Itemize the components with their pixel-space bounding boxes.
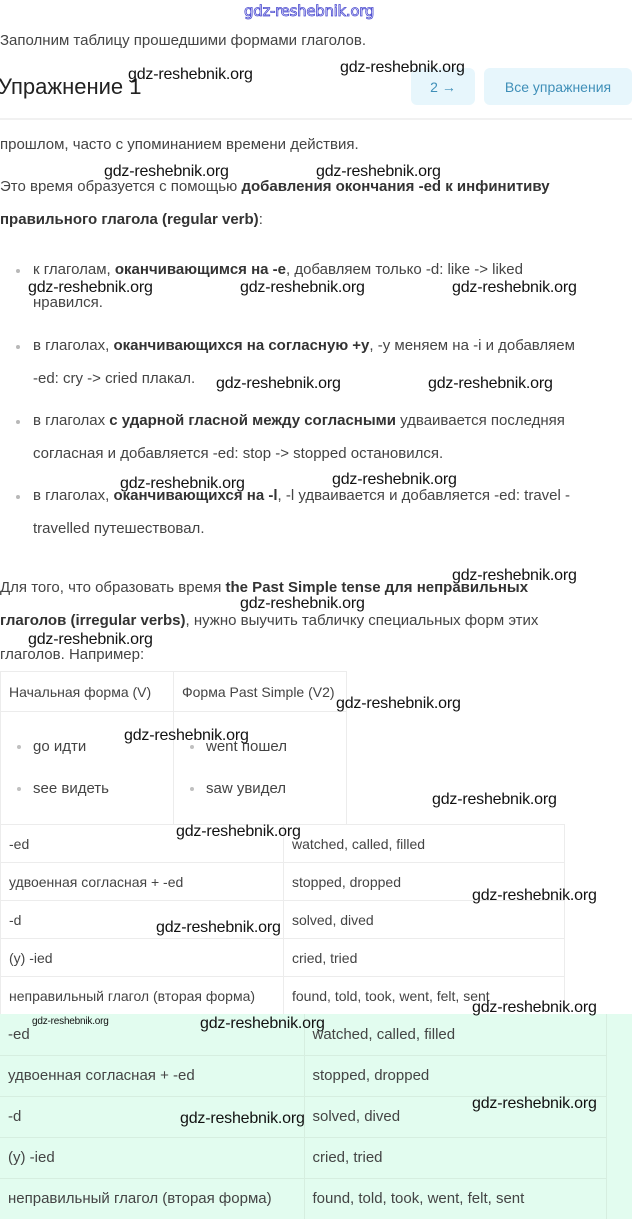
table-cell: (y) -ied xyxy=(1,939,284,977)
p4-bold: the Past Simple tense для неправильных xyxy=(226,579,529,596)
table-cell: неправильный глагол (вторая форма) xyxy=(0,1178,304,1219)
watermark: gdz-reshebnik.org xyxy=(216,375,341,393)
table-row: -edwatched, called, filled xyxy=(0,1014,607,1055)
table-cell: went пошел saw увидел xyxy=(174,712,347,825)
table-cell: watched, called, filled xyxy=(304,1014,607,1055)
paragraph-6: глаголов. Например: xyxy=(0,646,144,663)
table-header-cell: Начальная форма (V) xyxy=(1,672,174,712)
watermark: gdz-reshebnik.org xyxy=(432,791,557,809)
list-item: went пошел xyxy=(174,726,346,768)
p2-plain: Это время образуется с помощью xyxy=(0,178,241,195)
paragraph-2: Это время образуется с помощью добавлени… xyxy=(0,178,550,195)
p3-tail: : xyxy=(259,211,263,228)
table-row: -edwatched, called, filled xyxy=(1,825,565,863)
table-row: неправильный глагол (вторая форма)found,… xyxy=(0,1178,607,1219)
table-row: (y) -iedcried, tried xyxy=(0,1137,607,1178)
paragraph-3: правильного глагола (regular verb): xyxy=(0,211,263,228)
paragraph-5: глаголов (irregular verbs), нужно выучит… xyxy=(0,612,538,629)
p5-bold: глаголов (irregular verbs) xyxy=(0,612,186,629)
rule-text: в глаголах xyxy=(33,412,109,429)
bullet-icon xyxy=(16,420,20,424)
rule-text: , -y меняем на -i и добавляем xyxy=(369,337,575,354)
table-cell: cried, tried xyxy=(284,939,565,977)
table-cell: удвоенная согласная + -ed xyxy=(1,863,284,901)
watermark: gdz-reshebnik.org xyxy=(240,279,365,297)
answer-table-highlighted: -edwatched, called, filled удвоенная сог… xyxy=(0,1014,607,1219)
rule-text: , добавляем только -d: like -> liked xyxy=(286,261,523,278)
table-cell: -ed xyxy=(1,825,284,863)
rule-text: , -l удваивается и добавляется -ed: trav… xyxy=(278,487,571,504)
table-cell: stopped, dropped xyxy=(284,863,565,901)
watermark: gdz-reshebnik.org xyxy=(452,279,577,297)
table-cell: go идти see видеть xyxy=(1,712,174,825)
table-header-cell: Форма Past Simple (V2) xyxy=(174,672,347,712)
table-cell: -d xyxy=(1,901,284,939)
p2-bold: добавления окончания -ed к инфинитиву xyxy=(241,178,549,195)
bullet-icon xyxy=(16,345,20,349)
table-cell: found, told, took, went, felt, sent xyxy=(284,977,565,1015)
table-row: -dsolved, dived xyxy=(1,901,565,939)
list-item: saw увидел xyxy=(174,768,346,810)
page-title: Упражнение 1 xyxy=(0,74,142,100)
rule-item-line2: travelled путешествовал. xyxy=(33,520,204,537)
rule-item-line2: согласная и добавляется -ed: stop -> sto… xyxy=(33,445,443,462)
rule-item-line2: -ed: cry -> cried плакал. xyxy=(33,370,195,387)
rule-item-line2: нравился. xyxy=(33,294,103,311)
watermark: gdz-reshebnik.org xyxy=(240,595,365,613)
table-cell: неправильный глагол (вторая форма) xyxy=(1,977,284,1015)
table-cell: solved, dived xyxy=(284,901,565,939)
paragraph-1: прошлом, часто с упоминанием времени дей… xyxy=(0,136,359,153)
rule-bold: оканчивающихся на -l xyxy=(113,487,277,504)
irregular-verbs-table: Начальная форма (V) Форма Past Simple (V… xyxy=(0,671,347,825)
rule-bold: оканчивающихся на согласную +y xyxy=(113,337,369,354)
paragraph-4: Для того, что образовать время the Past … xyxy=(0,579,528,596)
table-row: -dsolved, dived xyxy=(0,1096,607,1137)
rule-bold: с ударной гласной между согласными xyxy=(109,412,396,429)
rule-item: в глаголах с ударной гласной между согла… xyxy=(33,412,565,429)
table-cell: удвоенная согласная + -ed xyxy=(0,1055,304,1096)
table-cell: (y) -ied xyxy=(0,1137,304,1178)
rule-item: в глаголах, оканчивающихся на -l, -l удв… xyxy=(33,487,570,504)
list-item: see видеть xyxy=(1,768,173,810)
table-cell: watched, called, filled xyxy=(284,825,565,863)
table-row: (y) -iedcried, tried xyxy=(1,939,565,977)
watermark-top: gdz-reshebnik.org xyxy=(244,2,374,20)
table-cell: solved, dived xyxy=(304,1096,607,1137)
bullet-icon xyxy=(16,269,20,273)
header-divider xyxy=(0,118,632,120)
rule-item: к глаголам, оканчивающимся на -e, добавл… xyxy=(33,261,523,278)
table-cell: cried, tried xyxy=(304,1137,607,1178)
rule-text: в глаголах, xyxy=(33,337,113,354)
p4-plain: Для того, что образовать время xyxy=(0,579,226,596)
table-cell: -ed xyxy=(0,1014,304,1055)
answer-table: -edwatched, called, filled удвоенная сог… xyxy=(0,824,565,1015)
table-row: неправильный глагол (вторая форма)found,… xyxy=(1,977,565,1015)
next-exercise-button[interactable]: 2 → xyxy=(411,68,475,105)
table-cell: -d xyxy=(0,1096,304,1137)
table-cell: found, told, took, went, felt, sent xyxy=(304,1178,607,1219)
table-row: удвоенная согласная + -edstopped, droppe… xyxy=(0,1055,607,1096)
watermark: gdz-reshebnik.org xyxy=(428,375,553,393)
rule-text: в глаголах, xyxy=(33,487,113,504)
rule-bold: оканчивающимся на -e xyxy=(115,261,286,278)
rule-text: удваивается последняя xyxy=(396,412,565,429)
watermark: gdz-reshebnik.org xyxy=(336,695,461,713)
rule-item: в глаголах, оканчивающихся на согласную … xyxy=(33,337,575,354)
list-item: go идти xyxy=(1,726,173,768)
p5-plain: , нужно выучить табличку специальных фор… xyxy=(186,612,539,629)
bullet-icon xyxy=(16,495,20,499)
all-exercises-button[interactable]: Все упражнения xyxy=(484,68,632,105)
table-row: удвоенная согласная + -edstopped, droppe… xyxy=(1,863,565,901)
rule-text: к глаголам, xyxy=(33,261,115,278)
intro-text: Заполним таблицу прошедшими формами глаг… xyxy=(0,32,366,49)
watermark: gdz-reshebnik.org xyxy=(128,66,253,84)
p3-bold: правильного глагола (regular verb) xyxy=(0,211,259,228)
table-cell: stopped, dropped xyxy=(304,1055,607,1096)
